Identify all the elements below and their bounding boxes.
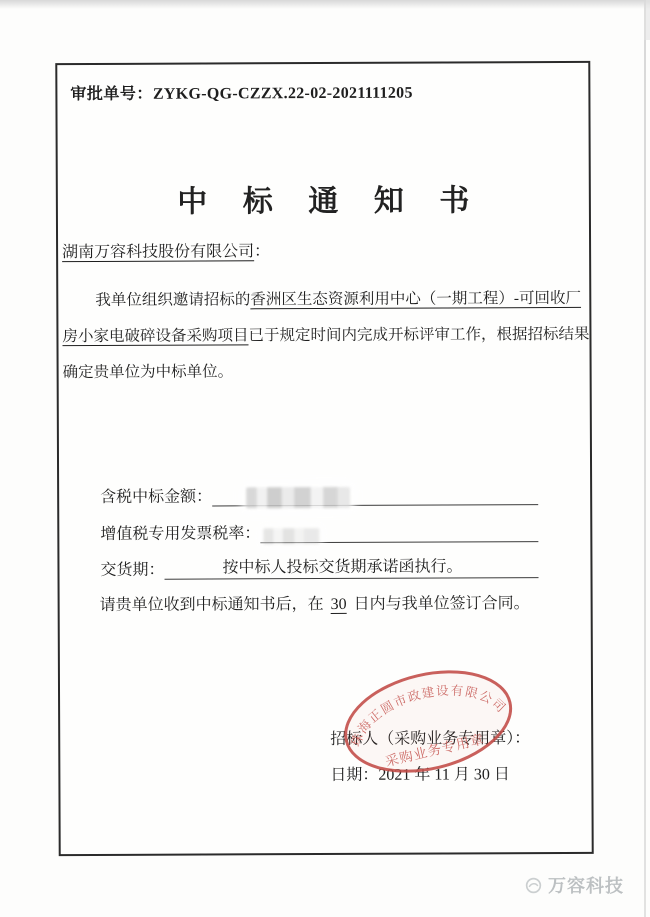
- tax-rate-fill-line: [260, 519, 538, 543]
- approval-number: ZYKG-QG-CZZX.22-02-2021111205: [153, 85, 413, 103]
- redacted-amount-value: [246, 487, 350, 508]
- wanrong-logo-icon: [524, 876, 543, 895]
- field-row-tax-rate: 增值税专用发票税率：: [100, 518, 538, 544]
- body-paragraph: 我单位组织邀请招标的香洲区生态资源利用中心（一期工程）-可回收厂 房小家电破碎设…: [62, 281, 586, 391]
- body-text: 我单位组织邀请招标的: [95, 291, 250, 309]
- document-frame: 审批单号：ZYKG-QG-CZZX.22-02-2021111205 中 标 通…: [55, 61, 593, 856]
- field-row-amount: 含税中标金额：: [100, 481, 538, 507]
- amount-label: 含税中标金额：: [100, 483, 212, 506]
- contract-days: 30: [324, 596, 354, 613]
- amount-fill-line: [212, 482, 538, 506]
- delivery-label: 交货期：: [100, 557, 164, 580]
- field-row-delivery: 交货期： 按中标人投标交货期承诺函执行。: [100, 554, 538, 580]
- delivery-fill-line: 按中标人投标交货期承诺函执行。: [164, 555, 538, 580]
- scan-edge-corner: [644, 0, 650, 40]
- approval-label: 审批单号：: [70, 86, 153, 103]
- addressee-line: 湖南万容科技股份有限公司：: [62, 238, 270, 262]
- document-title: 中 标 通 知 书: [58, 175, 589, 221]
- contract-sentence: 请贵单位收到中标通知书后，在30日内与我单位签订合同。: [100, 590, 530, 615]
- body-line-1: 我单位组织邀请招标的香洲区生态资源利用中心（一期工程）-可回收厂: [62, 281, 586, 319]
- project-name-part2: 房小家电破碎设备采购项目: [62, 327, 248, 345]
- scanned-document-page: 审批单号：ZYKG-QG-CZZX.22-02-2021111205 中 标 通…: [0, 0, 650, 917]
- watermark-text: 万容科技: [548, 872, 624, 898]
- body-text: 已于规定时间内完成开标评审工作，根据招标结果: [248, 326, 589, 344]
- addressee-company: 湖南万容科技股份有限公司: [62, 243, 254, 261]
- body-line-2: 房小家电破碎设备采购项目已于规定时间内完成开标评审工作，根据招标结果: [62, 317, 586, 355]
- scan-edge-right: [644, 0, 646, 917]
- tax-rate-label: 增值税专用发票税率：: [100, 520, 260, 544]
- body-line-3: 确定贵单位为中标单位。: [63, 353, 587, 391]
- company-watermark: 万容科技: [524, 872, 624, 898]
- approval-number-line: 审批单号：ZYKG-QG-CZZX.22-02-2021111205: [70, 80, 412, 104]
- addressee-colon: ：: [254, 243, 270, 260]
- scan-edge-top: [0, 0, 650, 10]
- delivery-value: 按中标人投标交货期承诺函执行。: [222, 557, 462, 578]
- official-red-seal: 珠海正圆市政建设有限公司 采购业务专用章: [328, 659, 534, 788]
- redacted-tax-rate-value: [263, 528, 319, 544]
- contract-pre: 请贵单位收到中标通知书后，在: [100, 596, 324, 614]
- contract-post: 日内与我单位签订合同。: [354, 595, 530, 613]
- project-name-part1: 香洲区生态资源利用中心（一期工程）-可回收厂: [250, 290, 581, 308]
- body-text: 确定贵单位为中标单位。: [63, 363, 234, 381]
